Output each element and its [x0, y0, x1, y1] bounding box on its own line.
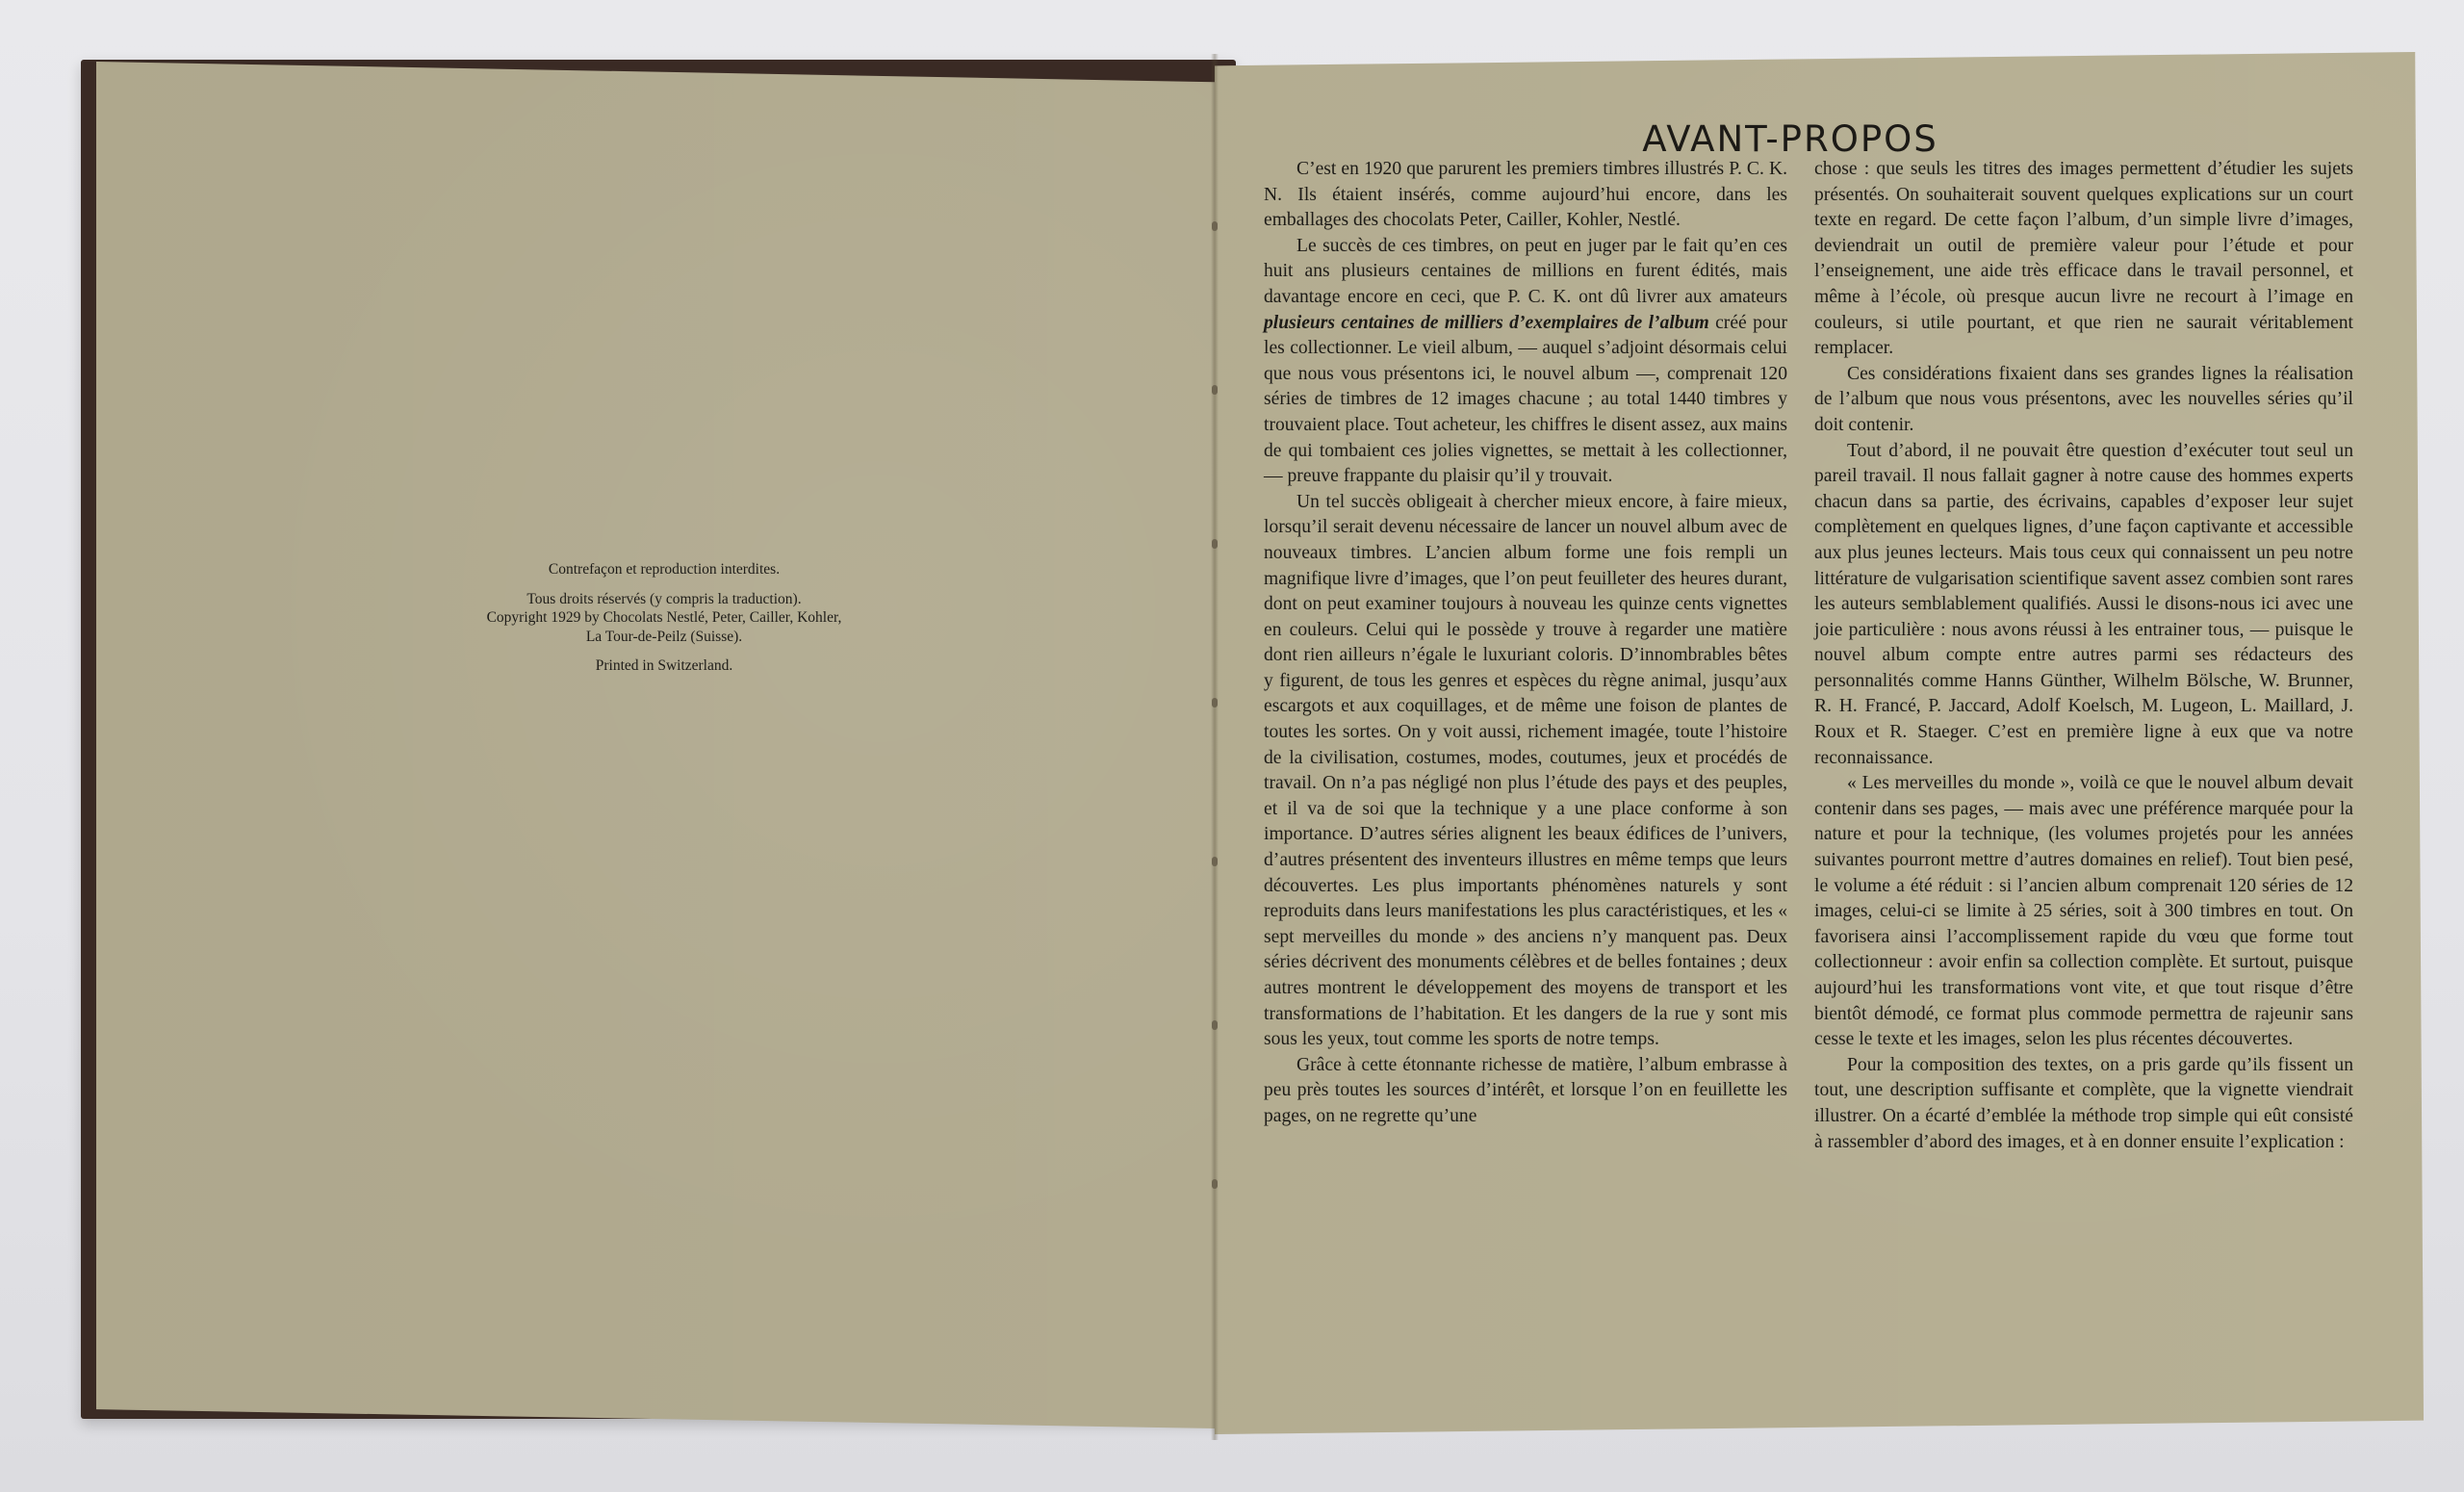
open-book: Contrefaçon et reproduction interdites. … — [0, 0, 2464, 1492]
emphasis-text: plusieurs centaines de milliers d’exempl… — [1264, 313, 1709, 333]
binding-stitch — [1212, 1179, 1218, 1189]
imprint-line: Copyright 1929 by Chocolats Nestlé, Pete… — [404, 608, 924, 628]
binding-stitch — [1212, 385, 1218, 395]
left-page — [96, 62, 1215, 1428]
imprint-line: Contrefaçon et reproduction interdites. — [404, 560, 924, 579]
binding-stitch — [1212, 539, 1218, 549]
text-column-left: C’est en 1920 que parurent les premiers … — [1264, 157, 1787, 1130]
page-title: AVANT-PROPOS — [1540, 118, 2040, 160]
paragraph: Tout d’abord, il ne pouvait être questio… — [1814, 439, 2353, 772]
paragraph: Un tel succès obligeait à chercher mieux… — [1264, 490, 1787, 1053]
paragraph: chose : que seuls les titres des images … — [1814, 157, 2353, 362]
copyright-imprint: Contrefaçon et reproduction interdites. … — [404, 560, 924, 676]
binding-stitch — [1212, 698, 1218, 707]
book-gutter — [1211, 54, 1219, 1440]
paragraph: C’est en 1920 que parurent les premiers … — [1264, 157, 1787, 234]
imprint-line: Tous droits réservés (y compris la tradu… — [404, 590, 924, 609]
paragraph: Ces considérations fixaient dans ses gra… — [1814, 362, 2353, 439]
binding-stitch — [1212, 1020, 1218, 1030]
paragraph: « Les merveilles du monde », voilà ce qu… — [1814, 771, 2353, 1053]
binding-stitch — [1212, 221, 1218, 231]
paragraph: Pour la composition des textes, on a pri… — [1814, 1053, 2353, 1155]
paragraph-text: créé pour les collectionner. Le vieil al… — [1264, 313, 1787, 487]
paragraph: Le succès de ces timbres, on peut en jug… — [1264, 234, 1787, 490]
imprint-line: Printed in Switzerland. — [404, 656, 924, 676]
binding-stitch — [1212, 857, 1218, 866]
text-column-right: chose : que seuls les titres des images … — [1814, 157, 2353, 1155]
paragraph-text: Le succès de ces timbres, on peut en jug… — [1264, 236, 1787, 307]
imprint-line: La Tour-de-Peilz (Suisse). — [404, 628, 924, 647]
paragraph: Grâce à cette étonnante richesse de mati… — [1264, 1053, 1787, 1130]
